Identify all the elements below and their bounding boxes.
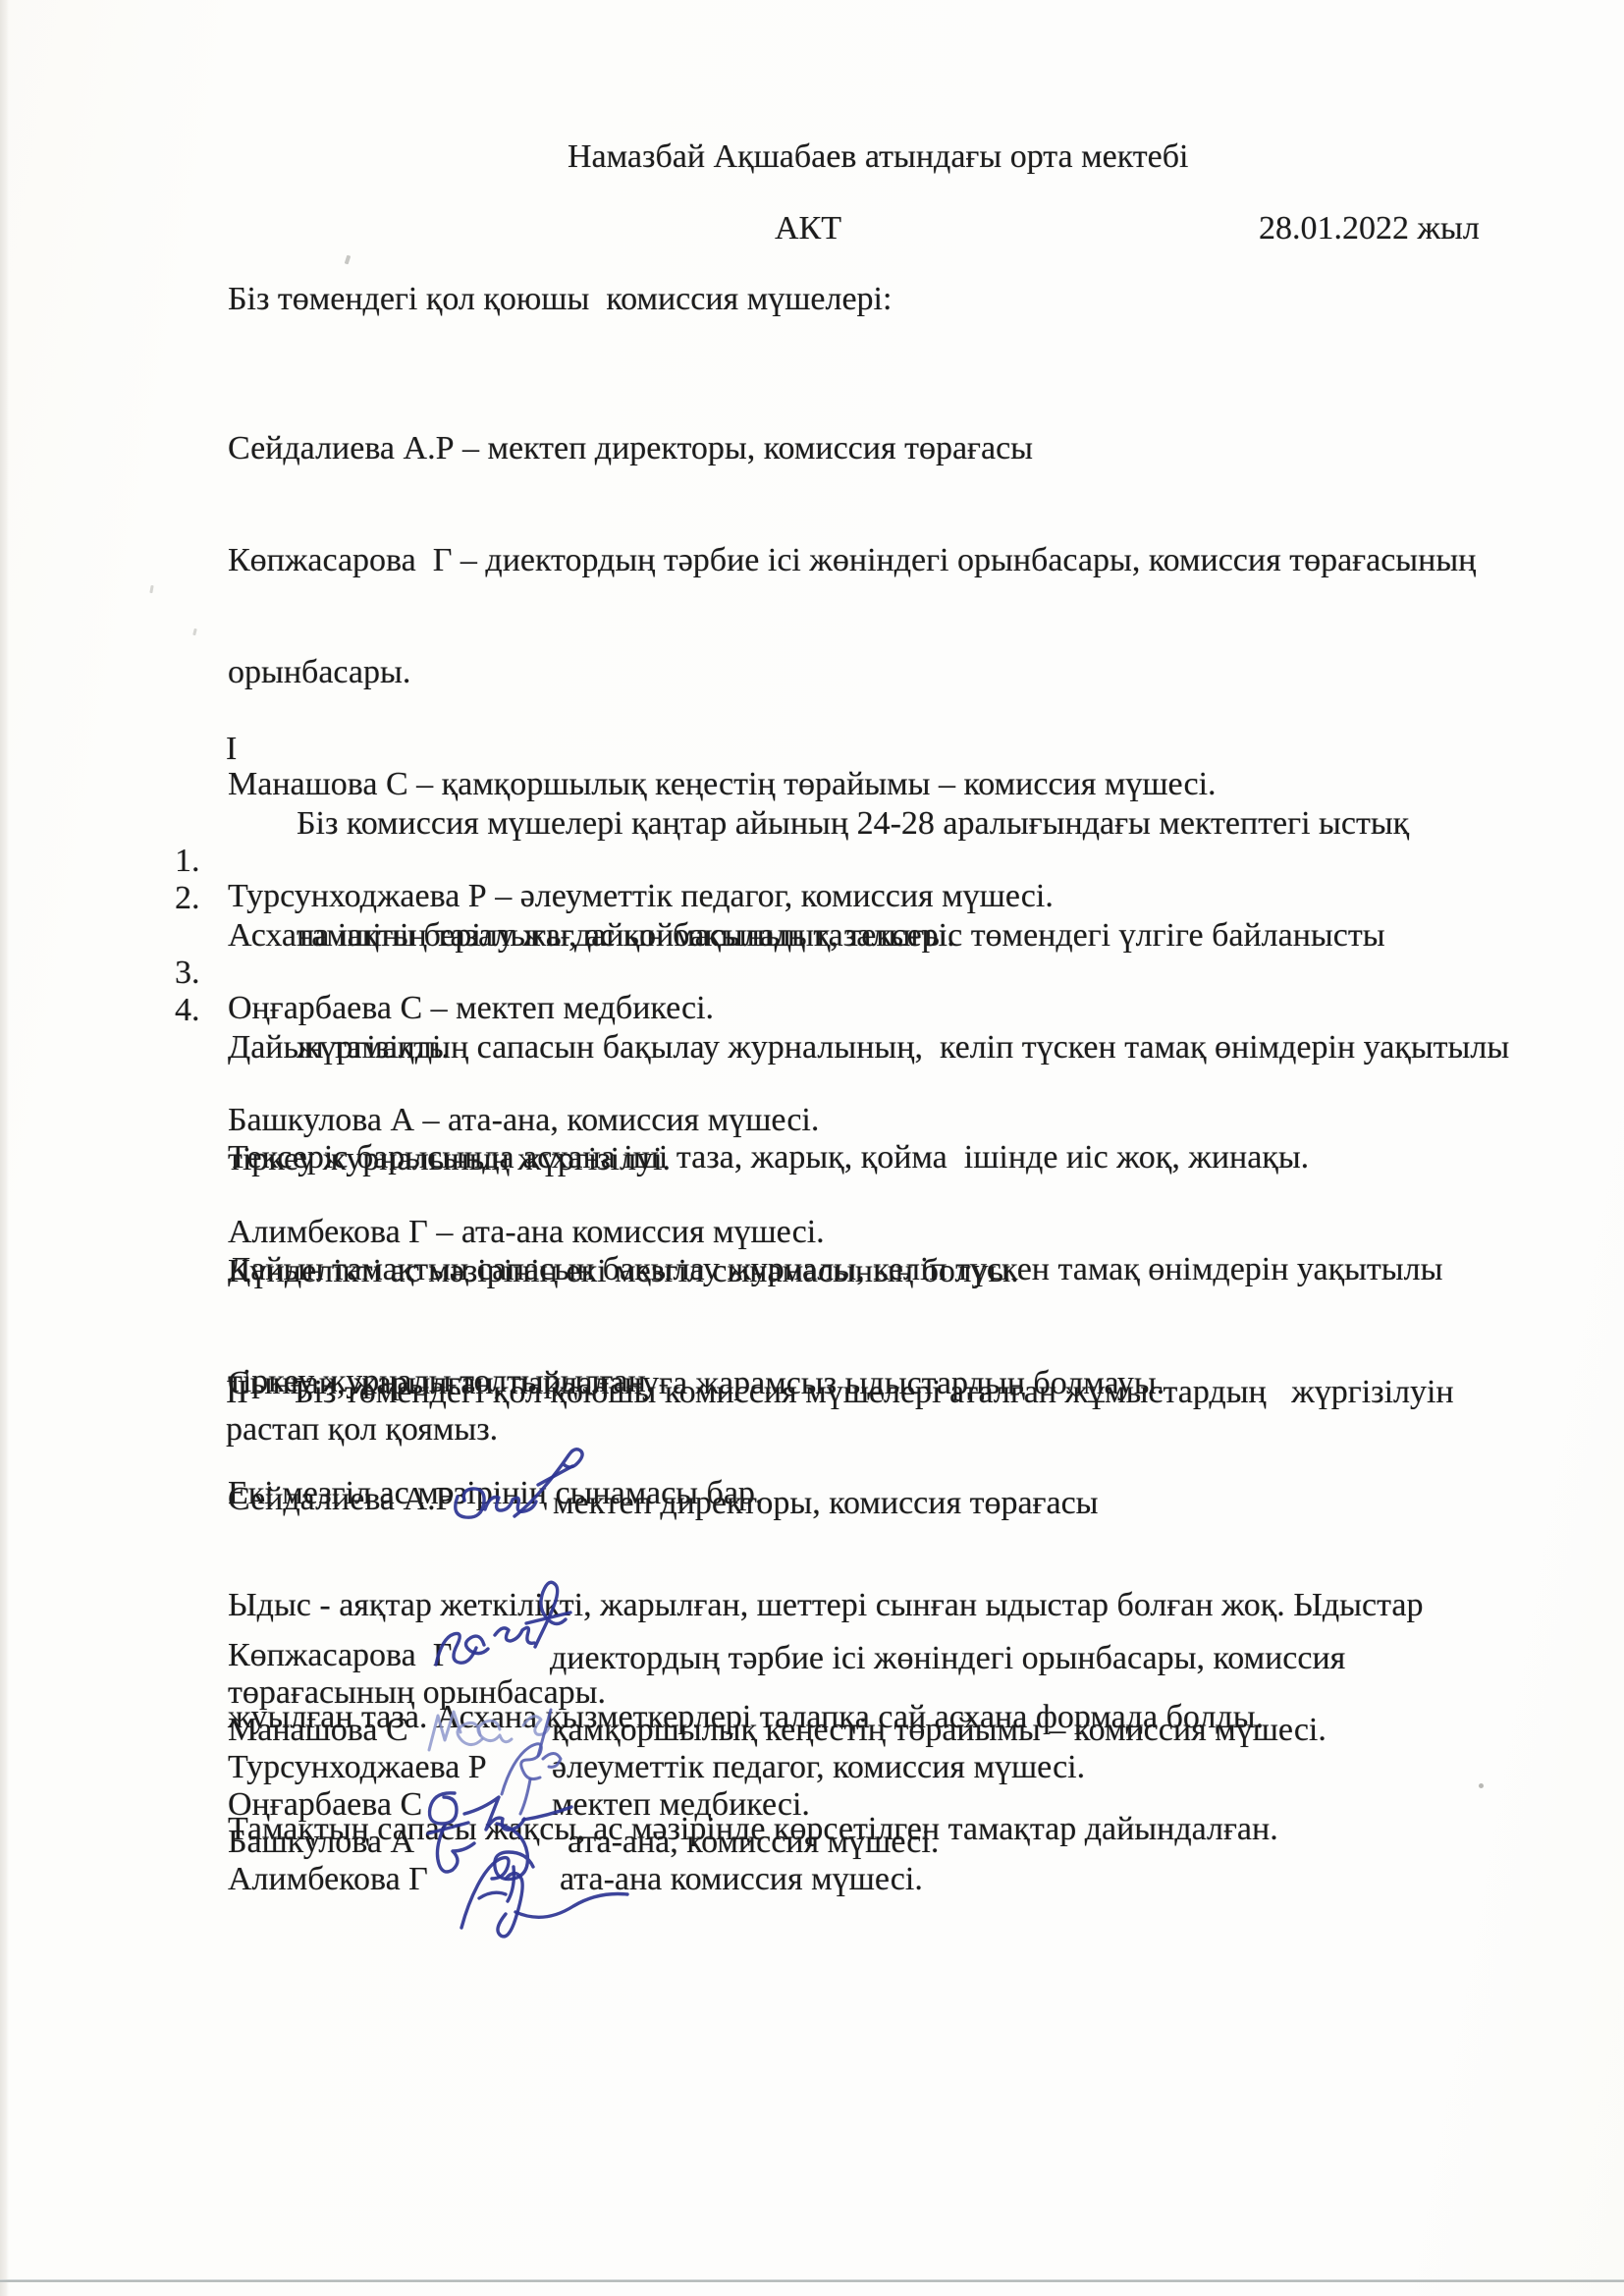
member-line: орынбасары. <box>228 654 1476 691</box>
signature-row-name: Сейдалиева А.Р <box>228 1481 454 1518</box>
document-date: 28.01.2022 жыл <box>1259 210 1480 247</box>
signature-row-title: әлеуметтік педагог, комиссия мүшесі. <box>552 1749 1085 1786</box>
signature-row-title: диектордың тәрбие ісі жөніндегі орынбаса… <box>550 1640 1345 1677</box>
section2-numeral: II <box>226 1374 248 1411</box>
scan-left-edge-shadow <box>0 0 9 2296</box>
signature-row-name: Башкулова А <box>228 1824 414 1861</box>
scan-speck <box>1479 1783 1484 1788</box>
signature-row-title: қамқоршылық кеңестің төрайымы – комиссия… <box>552 1712 1326 1749</box>
signature-row-name: Оңғарбаева С <box>228 1786 422 1824</box>
section1-numeral: I <box>226 731 237 768</box>
document-type-heading: АКТ <box>775 210 841 247</box>
school-name-heading: Намазбай Ақшабаев атындағы орта мектебі <box>568 138 1189 176</box>
signature-row-name: Турсунходжаева Р <box>228 1749 487 1786</box>
intro-line: Біз төмендегі қол қоюшы комиссия мүшелер… <box>228 281 892 318</box>
scan-speck <box>345 255 352 265</box>
checklist-number-4: 4. <box>175 992 200 1029</box>
signature-row-title: ата-ана, комиссия мүшесі. <box>568 1824 939 1861</box>
checklist-number-1: 1. <box>175 843 200 880</box>
signature-row-title: мектеп директоры, комиссия төрағасы <box>553 1485 1099 1522</box>
scanned-document-page: Намазбай Ақшабаев атындағы орта мектебі … <box>0 0 1624 2296</box>
member-line: Сейдалиева А.Р – мектеп директоры, комис… <box>228 430 1476 467</box>
checklist-line: Дайын тамақтың сапасын бақылау журналыны… <box>228 1029 1509 1066</box>
signature-row-name: Манашова С <box>228 1712 408 1749</box>
signature-row-name: Алимбекова Г <box>228 1861 428 1898</box>
signature-row-name: Көпжасарова Г <box>228 1637 452 1674</box>
signature-row-title: ата-ана комиссия мүшесі. <box>560 1861 923 1898</box>
scan-speck <box>149 585 153 593</box>
section2-line: Біз төмендегі қол қоюшы комиссия мүшелер… <box>295 1374 1454 1411</box>
checklist-number-2: 2. <box>175 880 200 917</box>
section2-line: растап қол қоямыз. <box>226 1411 498 1449</box>
signature-row-title: мектеп медбикесі. <box>552 1786 810 1824</box>
signature-row-title-continuation: төрағасының орынбасары. <box>228 1674 606 1712</box>
scan-bottom-edge-line <box>0 2279 1624 2282</box>
section1-line: Біз комиссия мүшелері қаңтар айының 24-2… <box>297 805 1409 843</box>
scan-speck <box>192 629 197 636</box>
checklist-number-3: 3. <box>175 955 200 992</box>
findings-line: Ыдыс - аяқтар жеткілікті, жарылған, шетт… <box>228 1587 1442 1624</box>
findings-line: Тексеріс барысында асхана іші таза, жары… <box>228 1139 1442 1176</box>
findings-line: Дайын тамақтың сапасын бақылау журналы, … <box>228 1251 1442 1288</box>
checklist-line: Асхана ішінің тазалығы, ас қоймасының та… <box>228 917 1509 955</box>
member-line: Көпжасарова Г – диектордың тәрбие ісі жө… <box>228 542 1476 579</box>
